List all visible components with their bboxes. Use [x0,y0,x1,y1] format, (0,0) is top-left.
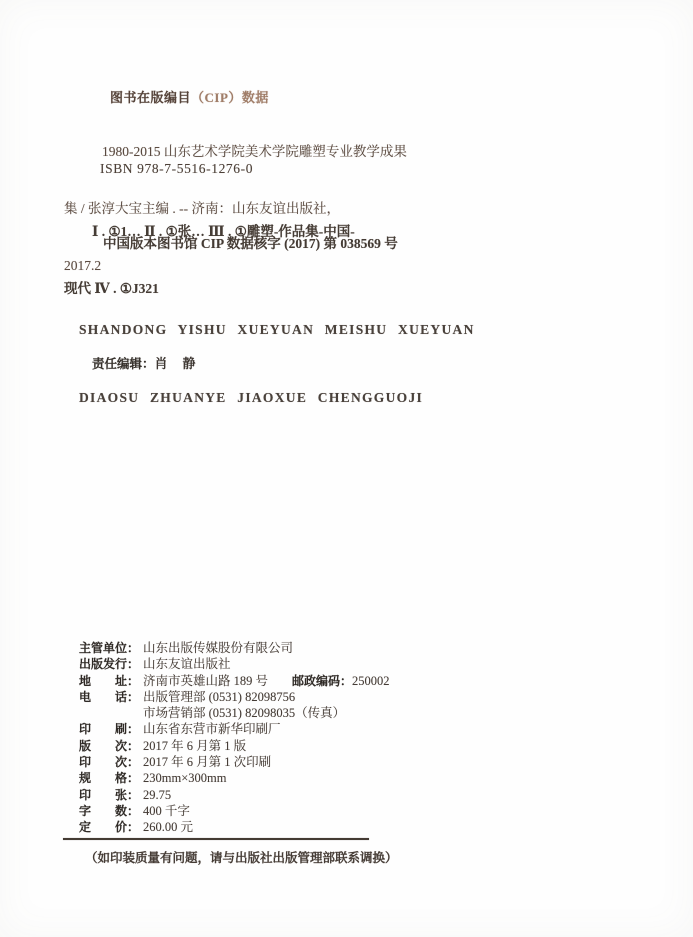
colophon-row-value: 2017 年 6 月第 1 版 [143,738,246,754]
pinyin-line2: DIAOSU ZHUANYE JIAOXUE CHENGGUOJI [79,387,475,410]
colophon-row-label: 印 次： [79,754,143,770]
cip-entry-line1: 1980-2015 山东艺术学院美术学院雕塑专业教学成果 [64,142,494,161]
colophon-row-label: 主管单位： [79,640,143,656]
colophon-row-label: 规 格： [79,770,143,786]
colophon-row-label: 印 张： [79,787,143,803]
colophon-row-value: 山东友谊出版社 [143,656,231,672]
colophon-row: 主管单位：山东出版传媒股份有限公司 [79,640,559,656]
colophon-row-value: 市场营销部 (0531) 82098035（传真） [143,705,345,721]
colophon-row-value: 济南市英雄山路 189 号 [143,673,268,689]
colophon-row-extra-label: 邮政编码： [292,673,352,689]
colophon-row-value: 出版管理部 (0531) 82098756 [143,689,295,705]
colophon-row: 地 址：济南市英雄山路 189 号邮政编码：250002 [79,673,559,689]
colophon-row-extra-value: 250002 [352,673,390,689]
colophon-row-label: 定 价： [79,819,143,835]
colophon-row-label: 电 话： [79,689,143,705]
colophon-row-label: 字 数： [79,803,143,819]
colophon-row: 印 次：2017 年 6 月第 1 次印刷 [79,754,559,770]
divider-rule [63,838,369,840]
colophon-row: 版 次：2017 年 6 月第 1 版 [79,738,559,754]
colophon-row: 印 刷：山东省东营市新华印刷厂 [79,721,559,737]
colophon-row-value: 29.75 [143,787,171,803]
cip-header-rest: （CIP）数据 [191,90,269,105]
colophon-row-value: 400 千字 [143,803,190,819]
colophon-row-label: 版 次： [79,738,143,754]
colophon-row-label: 出版发行： [79,656,143,672]
editor-line: 责任编辑：肖 静 [79,337,197,388]
editor-label: 责任编辑： [92,357,155,371]
colophon-row-value: 260.00 元 [143,819,193,835]
colophon-row-value: 2017 年 6 月第 1 次印刷 [143,754,271,770]
colophon-row-label: 印 刷： [79,721,143,737]
colophon-row: 出版发行：山东友谊出版社 [79,656,559,672]
colophon-row: 定 价：260.00 元 [79,819,559,835]
colophon: 主管单位：山东出版传媒股份有限公司出版发行：山东友谊出版社地 址：济南市英雄山路… [79,640,559,836]
book-cip-page: 图书在版编目（CIP）数据 1980-2015 山东艺术学院美术学院雕塑专业教学… [0,0,693,937]
colophon-row: 规 格：230mm×300mm [79,770,559,786]
isbn: ISBN 978-7-5516-1276-0 [100,161,253,177]
colophon-row-label: 地 址： [79,673,143,689]
colophon-row-value: 山东出版传媒股份有限公司 [143,640,293,656]
colophon-row: 市场营销部 (0531) 82098035（传真） [79,705,559,721]
footer-note: （如印装质量有问题，请与出版社出版管理部联系调换） [85,848,398,866]
colophon-row-value: 山东省东营市新华印刷厂 [143,721,281,737]
colophon-row-value: 230mm×300mm [143,770,226,786]
cip-header-main: 图书在版编目 [110,90,191,105]
colophon-row: 字 数：400 千字 [79,803,559,819]
editor-name: 肖 静 [155,356,197,371]
cip-record-number: 中国版本图书馆 CIP 数据核字 (2017) 第 038569 号 [103,232,398,252]
colophon-row: 印 张：29.75 [79,787,559,803]
colophon-row: 电 话：出版管理部 (0531) 82098756 [79,689,559,705]
